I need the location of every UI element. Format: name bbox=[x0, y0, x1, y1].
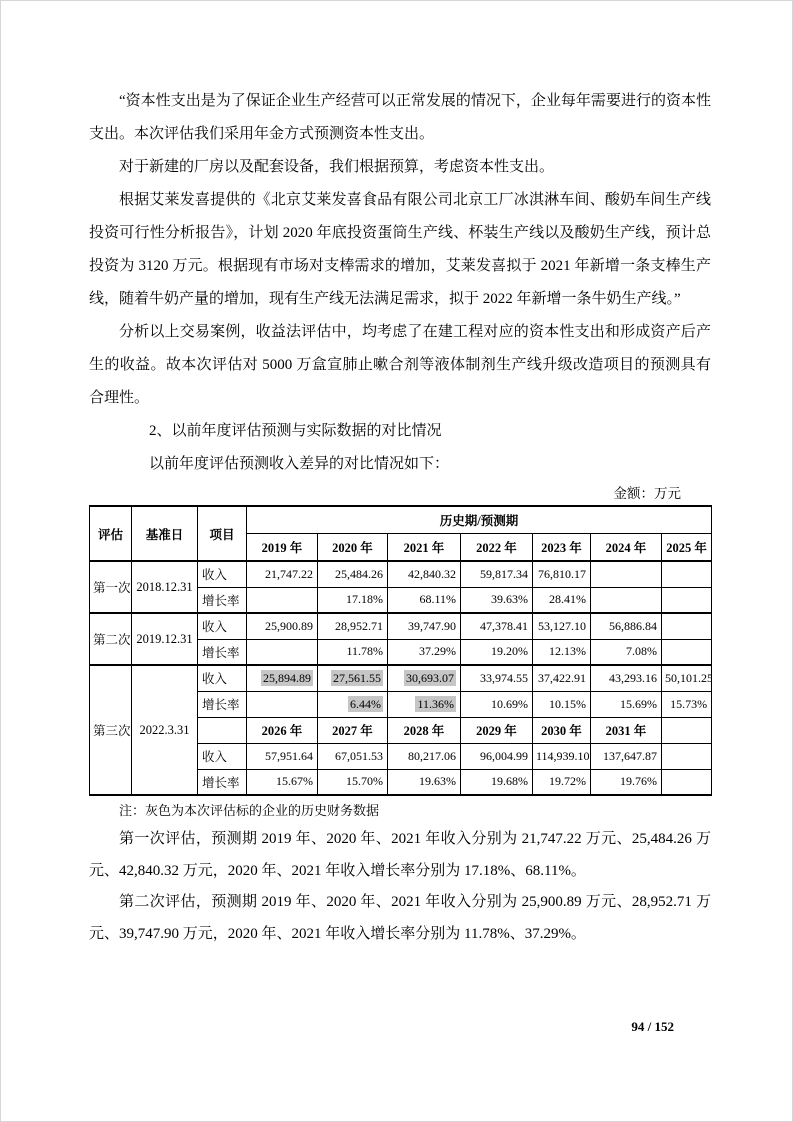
cell-g1-income-2019: 21,747.22 bbox=[247, 561, 318, 587]
cell-g3-growth-2030: 19.72% bbox=[533, 769, 591, 795]
cell-g1-growth-2025 bbox=[662, 587, 712, 613]
cell-g3-income-2024: 43,293.16 bbox=[591, 665, 662, 691]
header-year-2022: 2022 年 bbox=[461, 533, 533, 561]
cell-g3-growth-2024: 15.69% bbox=[591, 691, 662, 717]
paragraph-new-plant: 对于新建的厂房以及配套设备，我们根据预算，考虑资本性支出。 bbox=[89, 151, 711, 184]
cell-g3-growth-2028: 19.63% bbox=[388, 769, 461, 795]
cell-g3-growth-2023: 10.15% bbox=[533, 691, 591, 717]
header-item: 项目 bbox=[198, 506, 247, 561]
cell-g2-growth-2019 bbox=[247, 639, 318, 665]
cell-g3-growth-2031: 19.76% bbox=[591, 769, 662, 795]
cell-g3-growth-2025: 15.73% bbox=[662, 691, 712, 717]
cell-g3-growth-2022: 10.69% bbox=[461, 691, 533, 717]
cell-g3-growth-2027: 15.70% bbox=[318, 769, 388, 795]
cell-g1-income-2025 bbox=[662, 561, 712, 587]
cell-g3-date: 2022.3.31 bbox=[132, 665, 198, 795]
cell-g3-income-2023: 37,422.91 bbox=[533, 665, 591, 691]
cell-g2-growth-2022: 19.20% bbox=[461, 639, 533, 665]
header-year-2029: 2029 年 bbox=[461, 717, 533, 743]
highlighted-value: 25,894.89 bbox=[261, 670, 313, 686]
header-year-2031: 2031 年 bbox=[591, 717, 662, 743]
table-row-g1-income: 第一次 2018.12.31 收入 21,747.22 25,484.26 42… bbox=[90, 561, 712, 587]
cell-g2-income-2023: 53,127.10 bbox=[533, 613, 591, 639]
paragraph-table-lead-in: 以前年度评估预测收入差异的对比情况如下： bbox=[89, 448, 711, 481]
cell-g3-income-2026: 57,951.64 bbox=[247, 743, 318, 769]
cell-g1-growth-2023: 28.41% bbox=[533, 587, 591, 613]
document-page: “资本性支出是为了保证企业生产经营可以正常发展的情况下，企业每年需要进行的资本性… bbox=[0, 0, 793, 1122]
cell-g3-income-label: 收入 bbox=[198, 665, 247, 691]
cell-g3-growth-2029: 19.68% bbox=[461, 769, 533, 795]
header-year-2023: 2023 年 bbox=[533, 533, 591, 561]
header-eval: 评估 bbox=[90, 506, 132, 561]
cell-g1-growth-2020: 17.18% bbox=[318, 587, 388, 613]
cell-g3-growth-2019 bbox=[247, 691, 318, 717]
cell-g3-growth-blank bbox=[662, 769, 712, 795]
cell-g3-eval: 第三次 bbox=[90, 665, 132, 795]
cell-g3-income-2021: 30,693.07 bbox=[388, 665, 461, 691]
header-year-2030: 2030 年 bbox=[533, 717, 591, 743]
paragraph-first-assessment: 第一次评估，预测期 2019 年、2020 年、2021 年收入分别为 21,7… bbox=[89, 824, 711, 887]
highlighted-value: 27,561.55 bbox=[331, 670, 383, 686]
cell-g1-income-2021: 42,840.32 bbox=[388, 561, 461, 587]
paragraph-ailaifaxi-report: 根据艾莱发喜提供的《北京艾莱发喜食品有限公司北京工厂冰淇淋车间、酸奶车间生产线投… bbox=[89, 184, 711, 316]
table-row-g3-income: 第三次 2022.3.31 收入 25,894.89 27,561.55 30,… bbox=[90, 665, 712, 691]
cell-g3-income-2019: 25,894.89 bbox=[247, 665, 318, 691]
header-year-2020: 2020 年 bbox=[318, 533, 388, 561]
header-year-blank bbox=[662, 717, 712, 743]
header-year-2025: 2025 年 bbox=[662, 533, 712, 561]
cell-g2-growth-2023: 12.13% bbox=[533, 639, 591, 665]
cell-g2-growth-2020: 11.78% bbox=[318, 639, 388, 665]
cell-g2-growth-2025 bbox=[662, 639, 712, 665]
header-year-2024: 2024 年 bbox=[591, 533, 662, 561]
cell-g1-income-2024 bbox=[591, 561, 662, 587]
cell-g3-income-blank bbox=[662, 743, 712, 769]
cell-g1-income-2023: 76,810.17 bbox=[533, 561, 591, 587]
cell-g3-years2-label bbox=[198, 717, 247, 743]
table-footnote: 注：灰色为本次评估标的企业的历史财务数据 bbox=[119, 802, 711, 820]
cell-g1-growth-2019 bbox=[247, 587, 318, 613]
cell-g3-growth2-label: 增长率 bbox=[198, 769, 247, 795]
cell-g2-growth-2021: 37.29% bbox=[388, 639, 461, 665]
header-base-date: 基准日 bbox=[132, 506, 198, 561]
cell-g1-eval: 第一次 bbox=[90, 561, 132, 613]
cell-g2-income-2020: 28,952.71 bbox=[318, 613, 388, 639]
cell-g3-income-2022: 33,974.55 bbox=[461, 665, 533, 691]
cell-g3-income-2028: 80,217.06 bbox=[388, 743, 461, 769]
cell-g2-income-2022: 47,378.41 bbox=[461, 613, 533, 639]
cell-g2-income-label: 收入 bbox=[198, 613, 247, 639]
highlighted-value: 11.36% bbox=[415, 696, 456, 712]
cell-g2-growth-label: 增长率 bbox=[198, 639, 247, 665]
cell-g1-income-2020: 25,484.26 bbox=[318, 561, 388, 587]
section-heading: 2、以前年度评估预测与实际数据的对比情况 bbox=[89, 415, 711, 448]
paragraph-capex-intro: “资本性支出是为了保证企业生产经营可以正常发展的情况下，企业每年需要进行的资本性… bbox=[89, 85, 711, 151]
header-year-2027: 2027 年 bbox=[318, 717, 388, 743]
page-number: 94 / 152 bbox=[631, 1019, 674, 1035]
cell-g1-income-label: 收入 bbox=[198, 561, 247, 587]
highlighted-value: 6.44% bbox=[348, 696, 383, 712]
paragraph-second-assessment: 第二次评估，预测期 2019 年、2020 年、2021 年收入分别为 25,9… bbox=[89, 887, 711, 950]
header-year-2021: 2021 年 bbox=[388, 533, 461, 561]
cell-g3-growth-label: 增长率 bbox=[198, 691, 247, 717]
cell-g3-income-2025: 50,101.25 bbox=[662, 665, 712, 691]
cell-g3-income2-label: 收入 bbox=[198, 743, 247, 769]
forecast-comparison-table: 评估 基准日 项目 历史期/预测期 2019 年 2020 年 2021 年 2… bbox=[89, 505, 712, 796]
header-year-2026: 2026 年 bbox=[247, 717, 318, 743]
cell-g3-growth-2020: 6.44% bbox=[318, 691, 388, 717]
cell-g2-date: 2019.12.31 bbox=[132, 613, 198, 665]
cell-g1-growth-label: 增长率 bbox=[198, 587, 247, 613]
cell-g3-income-2020: 27,561.55 bbox=[318, 665, 388, 691]
header-year-2028: 2028 年 bbox=[388, 717, 461, 743]
header-year-2019: 2019 年 bbox=[247, 533, 318, 561]
cell-g1-growth-2024 bbox=[591, 587, 662, 613]
cell-g1-growth-2021: 68.11% bbox=[388, 587, 461, 613]
cell-g2-eval: 第二次 bbox=[90, 613, 132, 665]
cell-g1-growth-2022: 39.63% bbox=[461, 587, 533, 613]
cell-g3-income-2029: 96,004.99 bbox=[461, 743, 533, 769]
paragraph-analysis-conclusion: 分析以上交易案例，收益法评估中，均考虑了在建工程对应的资本性支出和形成资产后产生… bbox=[89, 316, 711, 415]
cell-g2-income-2021: 39,747.90 bbox=[388, 613, 461, 639]
table-unit-label: 金额：万元 bbox=[89, 483, 711, 505]
cell-g3-income-2030: 114,939.10 bbox=[533, 743, 591, 769]
cell-g3-growth-2026: 15.67% bbox=[247, 769, 318, 795]
cell-g1-date: 2018.12.31 bbox=[132, 561, 198, 613]
header-period: 历史期/预测期 bbox=[247, 506, 712, 533]
cell-g2-income-2024: 56,886.84 bbox=[591, 613, 662, 639]
cell-g2-income-2025 bbox=[662, 613, 712, 639]
cell-g3-income-2027: 67,051.53 bbox=[318, 743, 388, 769]
highlighted-value: 30,693.07 bbox=[404, 670, 456, 686]
page-content: “资本性支出是为了保证企业生产经营可以正常发展的情况下，企业每年需要进行的资本性… bbox=[89, 85, 711, 950]
table-header-row-period: 评估 基准日 项目 历史期/预测期 bbox=[90, 506, 712, 533]
cell-g2-growth-2024: 7.08% bbox=[591, 639, 662, 665]
cell-g3-growth-2021: 11.36% bbox=[388, 691, 461, 717]
cell-g2-income-2019: 25,900.89 bbox=[247, 613, 318, 639]
cell-g1-income-2022: 59,817.34 bbox=[461, 561, 533, 587]
table-row-g2-income: 第二次 2019.12.31 收入 25,900.89 28,952.71 39… bbox=[90, 613, 712, 639]
cell-g3-income-2031: 137,647.87 bbox=[591, 743, 662, 769]
